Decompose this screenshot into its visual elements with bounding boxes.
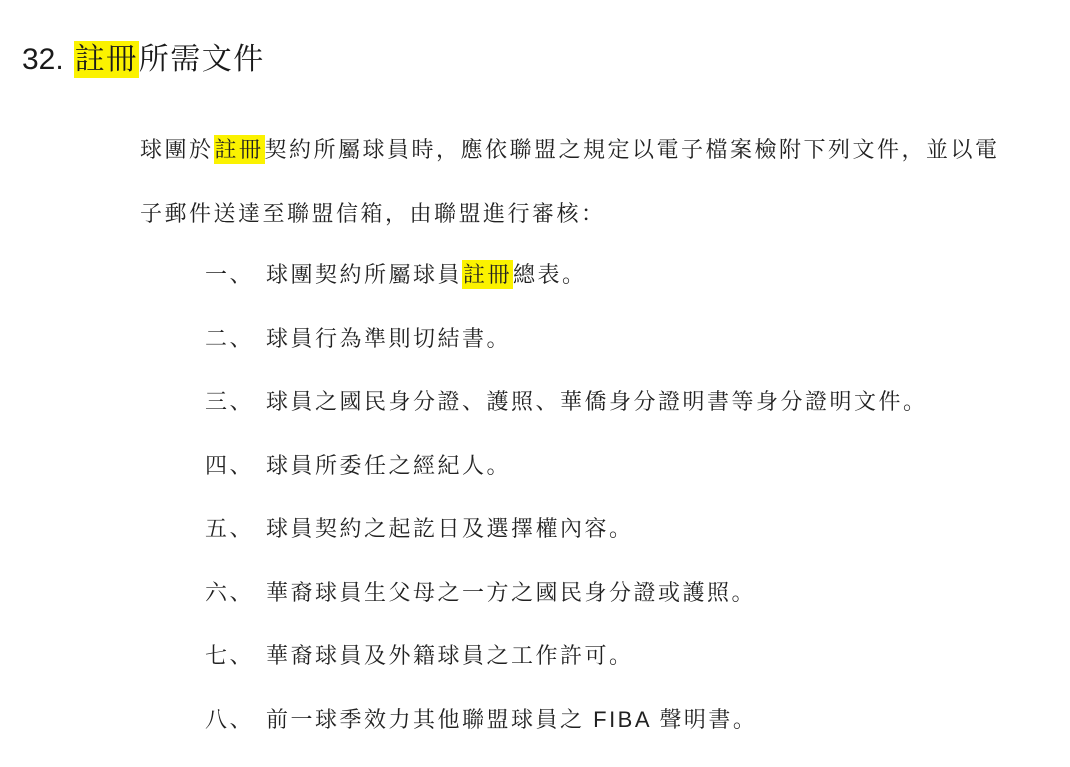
document-list: 一、 球團契約所屬球員註冊總表。 二、 球員行為準則切結書。 三、 球員之國民身… (205, 243, 928, 751)
item-number: 四、 (205, 434, 254, 498)
list-item: 三、 球員之國民身分證、護照、華僑身分證明書等身分證明文件。 (205, 370, 928, 434)
item-text: 前一球季效力其他聯盟球員之 FIBA 聲明書。 (266, 688, 757, 752)
item-number: 六、 (205, 561, 254, 625)
item-number: 七、 (205, 624, 254, 688)
section-number: 32. (22, 43, 64, 76)
list-item: 七、 華裔球員及外籍球員之工作許可。 (205, 624, 928, 688)
paragraph-line-2: 子郵件送達至聯盟信箱，由聯盟進行審核： (140, 182, 1045, 246)
highlight-term: 註冊 (214, 135, 265, 164)
item-text: 球員所委任之經紀人。 (266, 434, 511, 498)
item-text: 球員行為準則切結書。 (266, 307, 511, 371)
list-item: 八、 前一球季效力其他聯盟球員之 FIBA 聲明書。 (205, 688, 928, 752)
item-text-segment: 總表。 (513, 262, 587, 287)
list-item: 一、 球團契約所屬球員註冊總表。 (205, 243, 928, 307)
item-text: 球員契約之起訖日及選擇權內容。 (266, 497, 634, 561)
paragraph-text: 契約所屬球員時，應依聯盟之規定以電子檔案檢附下列文件，並以電 (265, 137, 1000, 162)
item-number: 三、 (205, 370, 254, 434)
list-item: 二、 球員行為準則切結書。 (205, 307, 928, 371)
item-text: 球員之國民身分證、護照、華僑身分證明書等身分證明文件。 (266, 370, 928, 434)
highlight-term: 註冊 (74, 41, 139, 78)
item-text: 華裔球員及外籍球員之工作許可。 (266, 624, 634, 688)
section-title-text: 所需文件 (139, 43, 265, 76)
highlight-term: 註冊 (462, 260, 513, 289)
list-item: 五、 球員契約之起訖日及選擇權內容。 (205, 497, 928, 561)
item-number: 一、 (205, 243, 254, 307)
paragraph-line-1: 球團於註冊契約所屬球員時，應依聯盟之規定以電子檔案檢附下列文件，並以電 (140, 118, 1045, 182)
section-heading: 32.註冊所需文件 (22, 34, 265, 78)
intro-paragraph: 球團於註冊契約所屬球員時，應依聯盟之規定以電子檔案檢附下列文件，並以電 子郵件送… (140, 118, 1045, 246)
paragraph-text: 子郵件送達至聯盟信箱，由聯盟進行審核： (140, 201, 606, 226)
item-number: 二、 (205, 307, 254, 371)
item-text: 球團契約所屬球員註冊總表。 (266, 243, 587, 307)
list-item: 六、 華裔球員生父母之一方之國民身分證或護照。 (205, 561, 928, 625)
list-item: 四、 球員所委任之經紀人。 (205, 434, 928, 498)
paragraph-text: 球團於 (140, 137, 214, 162)
item-number: 五、 (205, 497, 254, 561)
item-text-segment: 球團契約所屬球員 (266, 262, 462, 287)
item-number: 八、 (205, 688, 254, 752)
item-text: 華裔球員生父母之一方之國民身分證或護照。 (266, 561, 756, 625)
